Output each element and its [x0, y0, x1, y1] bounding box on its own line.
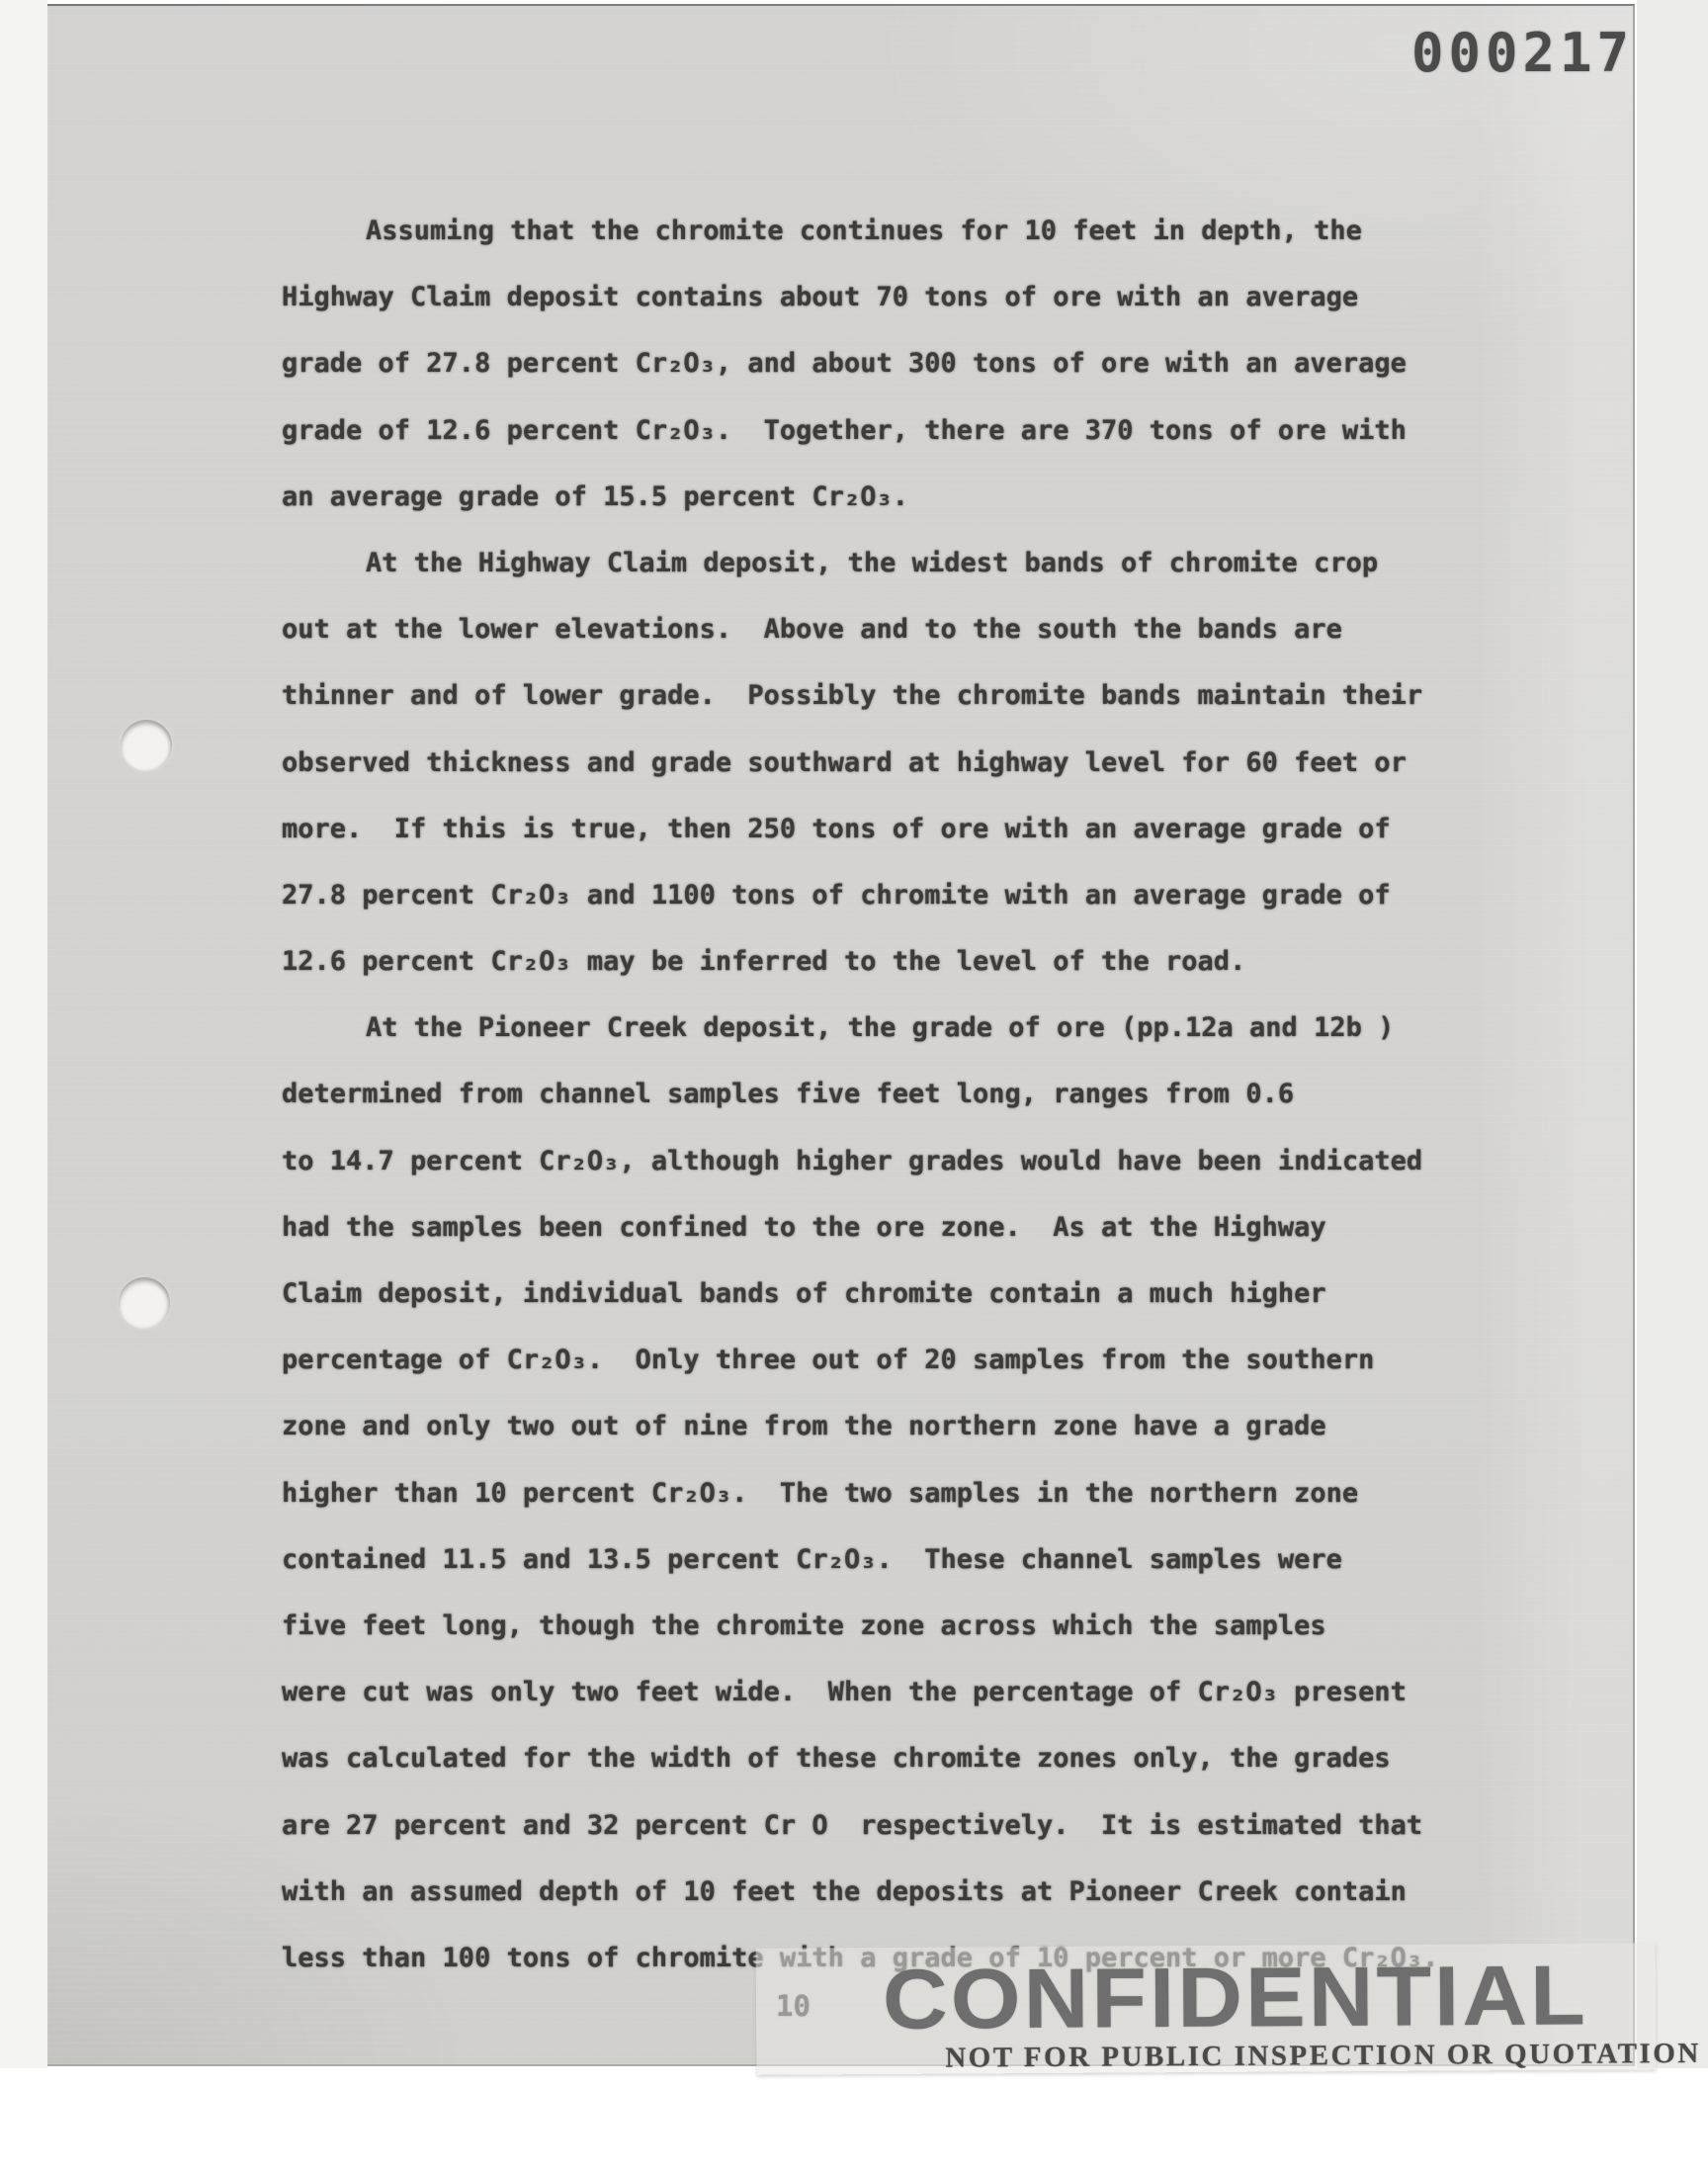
text-line: contained 11.5 and 13.5 percent Cr₂O₃. T…	[282, 1526, 1488, 1593]
text-line: more. If this is true, then 250 tons of …	[282, 796, 1488, 862]
text-line: was calculated for the width of these ch…	[282, 1725, 1488, 1791]
text-line: percentage of Cr₂O₃. Only three out of 2…	[282, 1327, 1488, 1393]
punch-hole	[121, 720, 172, 771]
text-line: with an assumed depth of 10 feet the dep…	[282, 1859, 1488, 1925]
punch-hole	[119, 1277, 170, 1329]
text-line: 27.8 percent Cr₂O₃ and 1100 tons of chro…	[282, 862, 1488, 928]
text-line: were cut was only two feet wide. When th…	[282, 1659, 1488, 1725]
text-line: an average grade of 15.5 percent Cr₂O₃.	[282, 464, 1488, 530]
text-line: five feet long, though the chromite zone…	[282, 1593, 1488, 1659]
scan-right-margin	[1637, 0, 1708, 2068]
document-number-stamp: 000217	[1411, 22, 1634, 84]
text-line: are 27 percent and 32 percent Cr O respe…	[282, 1792, 1488, 1859]
confidential-stamp: CONFIDENTIAL	[883, 1954, 1588, 2043]
body-text: Assuming that the chromite continues for…	[282, 198, 1488, 1991]
text-line: grade of 27.8 percent Cr₂O₃, and about 3…	[282, 330, 1488, 396]
text-line: 12.6 percent Cr₂O₃ may be inferred to th…	[282, 928, 1488, 995]
text-line: grade of 12.6 percent Cr₂O₃. Together, t…	[282, 397, 1488, 464]
text-line: to 14.7 percent Cr₂O₃, although higher g…	[282, 1128, 1488, 1194]
document-page: 000217 Assuming that the chromite contin…	[47, 4, 1635, 2066]
text-line: Assuming that the chromite continues for…	[282, 198, 1488, 264]
text-line: thinner and of lower grade. Possibly the…	[282, 662, 1488, 729]
text-line: zone and only two out of nine from the n…	[282, 1393, 1488, 1459]
text-line: Claim deposit, individual bands of chrom…	[282, 1261, 1488, 1327]
text-line: observed thickness and grade southward a…	[282, 730, 1488, 796]
restriction-stamp: NOT FOR PUBLIC INSPECTION OR QUOTATION	[945, 2038, 1701, 2075]
text-line: higher than 10 percent Cr₂O₃. The two sa…	[282, 1460, 1488, 1526]
text-line: At the Pioneer Creek deposit, the grade …	[282, 995, 1488, 1061]
scan-left-margin	[0, 0, 47, 2068]
scanned-document: 000217 Assuming that the chromite contin…	[0, 0, 1708, 2175]
text-line: had the samples been confined to the ore…	[282, 1194, 1488, 1261]
text-line: determined from channel samples five fee…	[282, 1061, 1488, 1127]
text-line: Highway Claim deposit contains about 70 …	[282, 264, 1488, 330]
stamp-area: CONFIDENTIAL NOT FOR PUBLIC INSPECTION O…	[756, 1943, 1657, 2075]
text-line: out at the lower elevations. Above and t…	[282, 596, 1488, 662]
text-line: At the Highway Claim deposit, the widest…	[282, 530, 1488, 596]
